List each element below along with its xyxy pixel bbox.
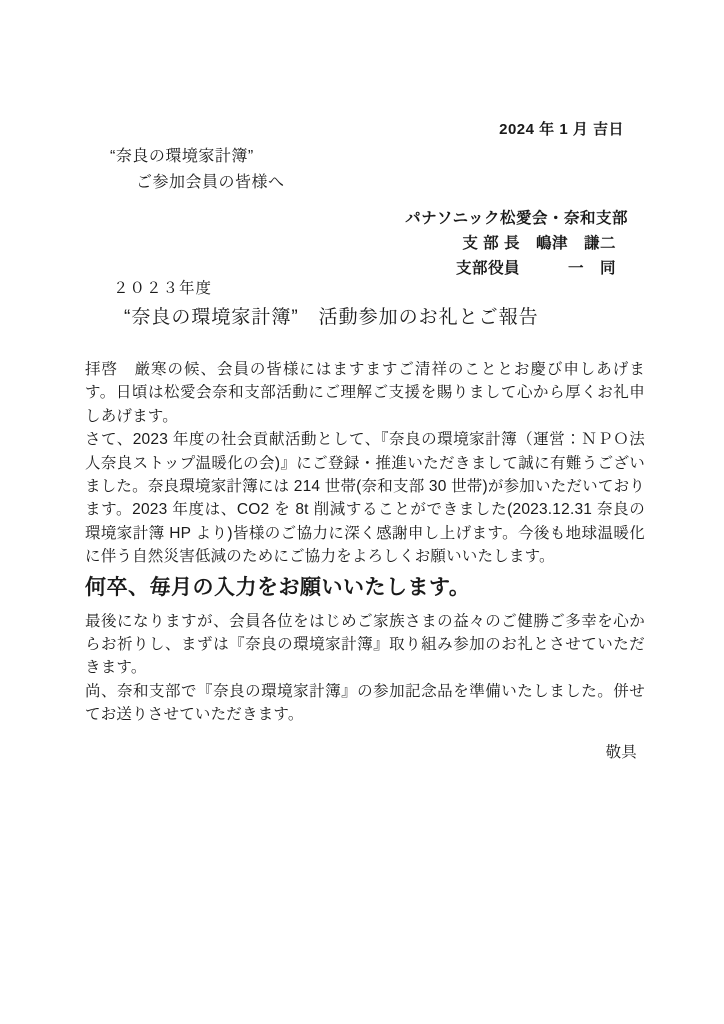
- closing-word: 敬具: [85, 741, 645, 764]
- sender-chief: 支 部 長 嶋津 謙二: [405, 231, 628, 256]
- sender-block: パナソニック松愛会・奈和支部 支 部 長 嶋津 謙二 支部役員 一 同: [405, 206, 628, 281]
- letter-page: 2024 年 1 月 吉日 “奈良の環境家計簿” ご参加会員の皆様へ パナソニッ…: [0, 0, 724, 1024]
- date-line: 2024 年 1 月 吉日: [499, 118, 624, 139]
- letter-title: “奈良の環境家計簿” 活動参加のお礼とご報告: [124, 302, 539, 329]
- fiscal-year: ２０２３年度: [113, 276, 212, 298]
- recipient-name: “奈良の環境家計簿”: [110, 143, 254, 166]
- paragraph-thanks: 最後になりますが、会員各位をはじめご家族さまの益々のご健勝ご多幸を心からお祈りし…: [85, 610, 645, 680]
- sender-staff: 支部役員 一 同: [405, 256, 628, 281]
- paragraph-report: さて、2023 年度の社会貢献活動として、『奈良の環境家計簿（運営：ＮＰＯ法人奈…: [85, 428, 645, 568]
- emphasis-heading: 何卒、毎月の入力をお願いいたします。: [85, 575, 645, 601]
- letter-body: 拝啓 厳寒の候、会員の皆様にはますますご清祥のこととお慶び申しあげます。日頃は松…: [85, 358, 645, 764]
- paragraph-greeting: 拝啓 厳寒の候、会員の皆様にはますますご清祥のこととお慶び申しあげます。日頃は松…: [85, 358, 645, 428]
- paragraph-gift: 尚、奈和支部で『奈良の環境家計簿』の参加記念品を準備いたしました。併せてお送りさ…: [85, 680, 645, 727]
- recipient-sub: ご参加会員の皆様へ: [136, 169, 285, 192]
- sender-organization: パナソニック松愛会・奈和支部: [405, 206, 628, 231]
